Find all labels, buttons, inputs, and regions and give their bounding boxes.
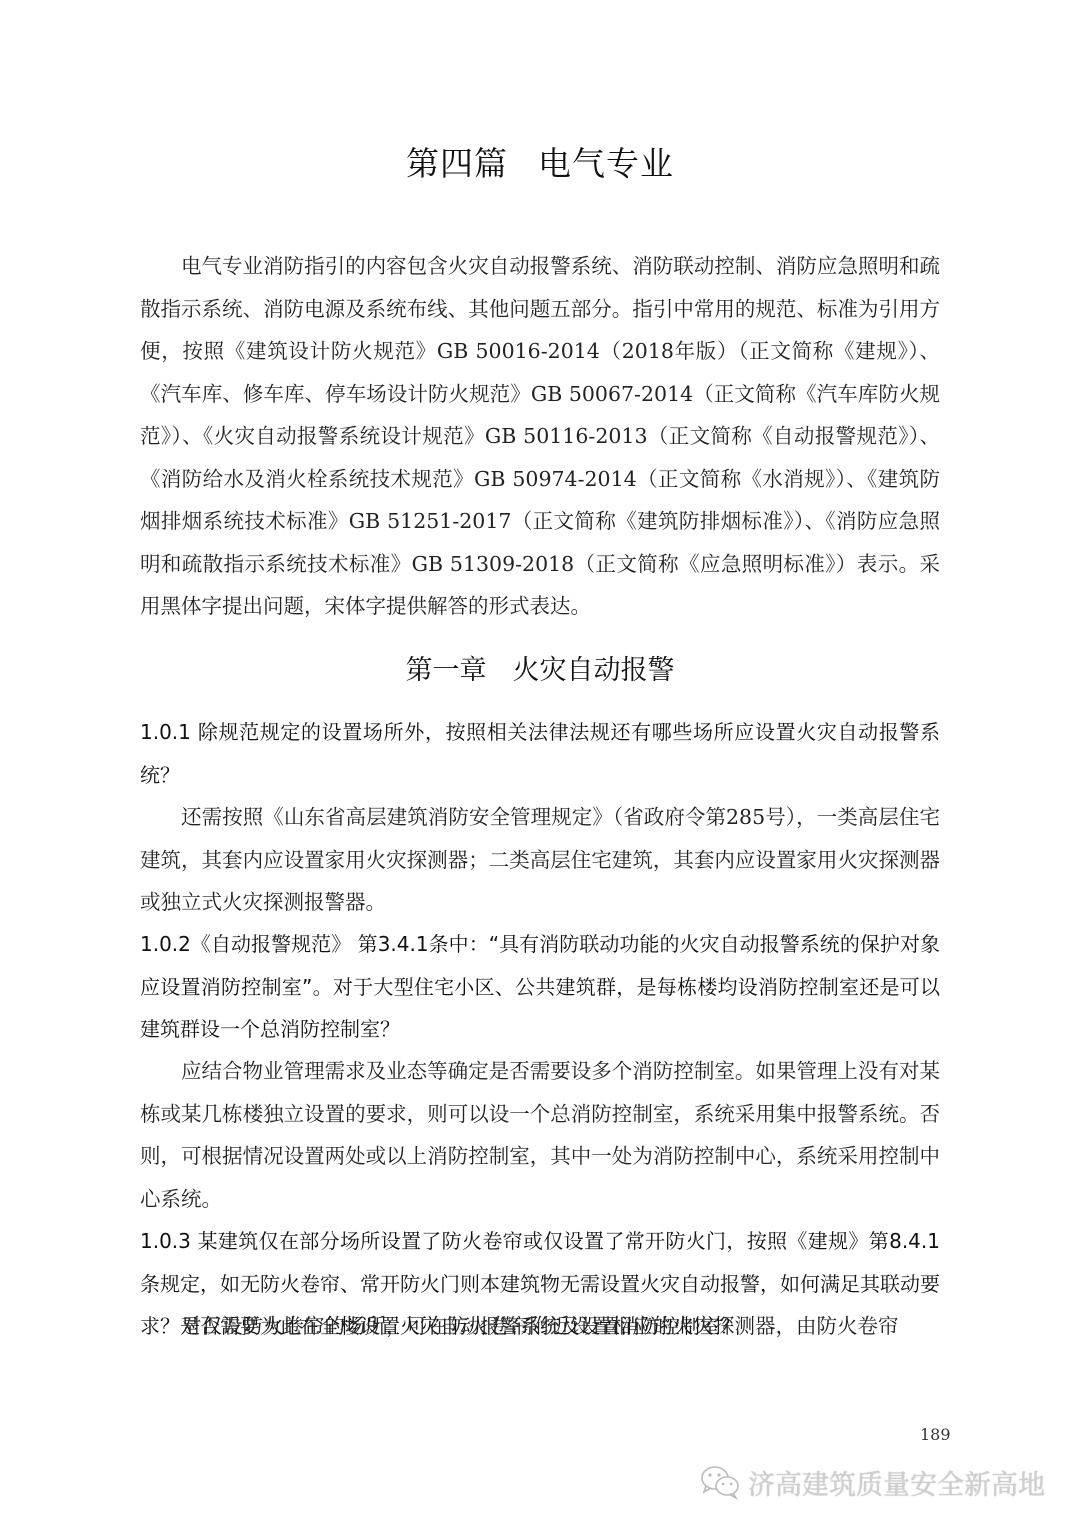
watermark-text: 济高建筑质量安全新高地 (748, 1463, 1045, 1502)
watermark: 济高建筑质量安全新高地 (700, 1462, 1045, 1502)
answer-1-0-1: 还需按照《山东省高层建筑消防安全管理规定》（省政府令第285号），一类高层住宅建… (140, 796, 940, 924)
page-number: 189 (920, 1425, 951, 1444)
document-page: 第四篇电气专业 电气专业消防指引的内容包含火灾自动报警系统、消防联动控制、消防应… (0, 0, 1080, 1527)
part-title: 第四篇电气专业 (0, 138, 1080, 185)
wechat-icon (700, 1464, 742, 1500)
chapter-title: 第一章火灾自动报警 (0, 648, 1080, 687)
chapter-name: 火灾自动报警 (513, 655, 675, 686)
intro-paragraph: 电气专业消防指引的内容包含火灾自动报警系统、消防联动控制、消防应急照明和疏散指示… (140, 245, 940, 628)
part-number: 第四篇 (406, 144, 508, 183)
part-name: 电气专业 (538, 144, 674, 183)
chapter-number: 第一章 (406, 655, 487, 686)
answer-1-0-2: 应结合物业管理需求及业态等确定是否需要设多个消防控制室。如果管理上没有对某栋或某… (140, 1050, 940, 1220)
answer-1-0-3: 对仅设防火卷帘的场所，可在防火卷帘附近设置相应的火灾探测器，由防火卷帘 (140, 1305, 940, 1348)
question-1-0-1: 1.0.1 除规范规定的设置场所外，按照相关法律法规还有哪些场所应设置火灾自动报… (140, 711, 940, 796)
question-1-0-2: 1.0.2《自动报警规范》 第3.4.1条中：“具有消防联动功能的火灾自动报警系… (140, 923, 940, 1051)
